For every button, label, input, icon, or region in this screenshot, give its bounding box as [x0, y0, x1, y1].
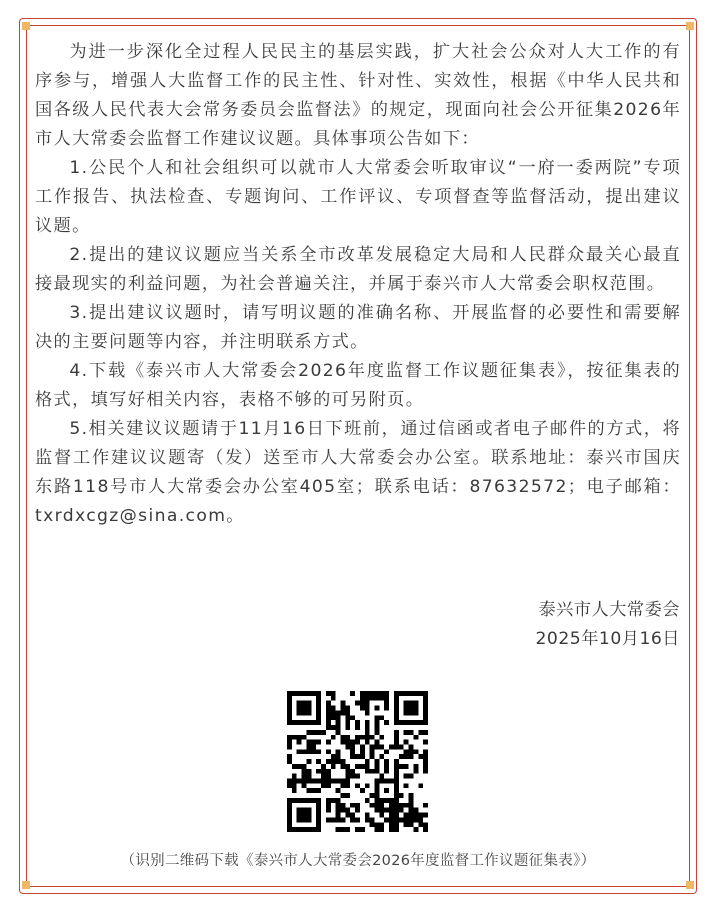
qr-code-icon[interactable] [287, 691, 428, 832]
issue-date: 2025年10月16日 [535, 625, 680, 654]
qr-caption: （识别二维码下载《泰兴市人大常委会2026年度监督工作议题征集表》） [0, 850, 716, 872]
corner-ornament-icon [22, 22, 30, 30]
item-1-paragraph: 1.公民个人和社会组织可以就市人大常委会听取审议“一府一委两院”专项工作报告、执… [35, 154, 681, 241]
corner-ornament-icon [22, 881, 30, 889]
corner-ornament-icon [686, 881, 694, 889]
corner-ornament-icon [686, 22, 694, 30]
issuing-organization: 泰兴市人大常委会 [535, 596, 680, 625]
item-4-paragraph: 4.下载《泰兴市人大常委会2026年度监督工作议题征集表》，按征集表的格式，填写… [35, 357, 681, 415]
item-2-paragraph: 2.提出的建议议题应当关系全市改革发展稳定大局和人民群众最关心最直接最现实的利益… [35, 241, 681, 299]
qr-code-graphic [287, 691, 428, 832]
item-5-paragraph: 5.相关建议议题请于11月16日下班前，通过信函或者电子邮件的方式，将监督工作建… [35, 415, 681, 531]
signature-block: 泰兴市人大常委会 2025年10月16日 [535, 596, 680, 654]
intro-paragraph: 为进一步深化全过程人民民主的基层实践，扩大社会公众对人大工作的有序参与，增强人大… [35, 38, 681, 154]
notice-body: 为进一步深化全过程人民民主的基层实践，扩大社会公众对人大工作的有序参与，增强人大… [35, 38, 681, 531]
item-3-paragraph: 3.提出建议议题时，请写明议题的准确名称、开展监督的必要性和需要解决的主要问题等… [35, 299, 681, 357]
